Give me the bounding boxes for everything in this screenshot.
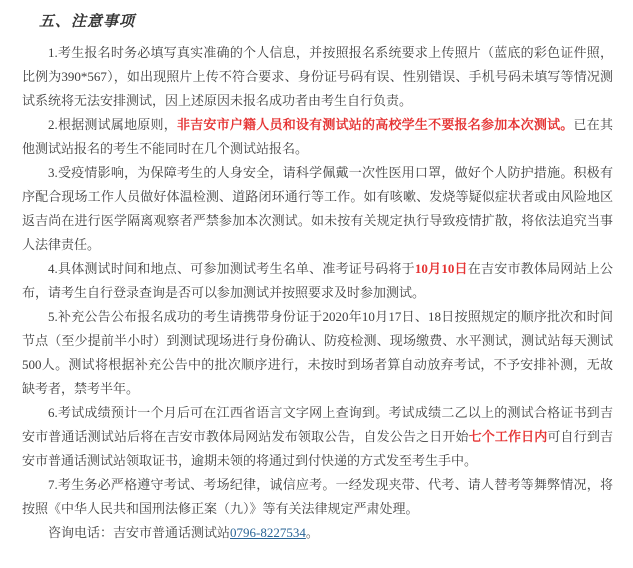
phone-link[interactable]: 0796-8227534 xyxy=(230,525,306,540)
text-segment: 2.根据测试属地原则， xyxy=(48,117,177,132)
notice-paragraph-5: 5.补充公告公布报名成功的考生请携带身份证于2020年10月17日、18日按照规… xyxy=(22,305,613,401)
section-title: 五、注意事项 xyxy=(22,10,613,34)
notice-paragraph-4: 4.具体测试时间和地点、可参加测试考生名单、准考证号码将于10月10日在吉安市教… xyxy=(22,257,613,305)
highlight-red-segment: 七个工作日内 xyxy=(469,429,548,444)
text-segment: 4.具体测试时间和地点、可参加测试考生名单、准考证号码将于 xyxy=(48,261,415,276)
highlight-red-segment: 非吉安市户籍人员和设有测试站的高校学生不要报名参加本次测试。 xyxy=(177,117,574,132)
text-segment: 7.考生务必严格遵守考试、考场纪律，诚信应考。一经发现夹带、代考、请人替考等舞弊… xyxy=(22,477,613,516)
notice-paragraph-6: 6.考试成绩预计一个月后可在江西省语言文字网上查询到。考试成绩二乙以上的测试合格… xyxy=(22,401,613,473)
text-segment: 1.考生报名时务必填写真实准确的个人信息，并按照报名系统要求上传照片（蓝底的彩色… xyxy=(22,45,613,108)
text-segment: 3.受疫情影响，为保障考生的人身安全，请科学佩戴一次性医用口罩，做好个人防护措施… xyxy=(22,165,613,252)
notice-paragraph-3: 3.受疫情影响，为保障考生的人身安全，请科学佩戴一次性医用口罩，做好个人防护措施… xyxy=(22,161,613,257)
contact-label: 咨询电话：吉安市普通话测试站 xyxy=(48,525,230,540)
notice-document: 五、注意事项 1.考生报名时务必填写真实准确的个人信息，并按照报名系统要求上传照… xyxy=(0,0,633,568)
contact-line: 咨询电话：吉安市普通话测试站0796-8227534。 xyxy=(22,521,613,545)
highlight-red-segment: 10月10日 xyxy=(415,261,468,276)
notice-paragraph-7: 7.考生务必严格遵守考试、考场纪律，诚信应考。一经发现夹带、代考、请人替考等舞弊… xyxy=(22,473,613,521)
notice-paragraph-1: 1.考生报名时务必填写真实准确的个人信息，并按照报名系统要求上传照片（蓝底的彩色… xyxy=(22,41,613,113)
text-segment: 5.补充公告公布报名成功的考生请携带身份证于2020年10月17日、18日按照规… xyxy=(22,309,613,396)
notice-paragraph-2: 2.根据测试属地原则，非吉安市户籍人员和设有测试站的高校学生不要报名参加本次测试… xyxy=(22,113,613,161)
contact-suffix: 。 xyxy=(306,525,319,540)
